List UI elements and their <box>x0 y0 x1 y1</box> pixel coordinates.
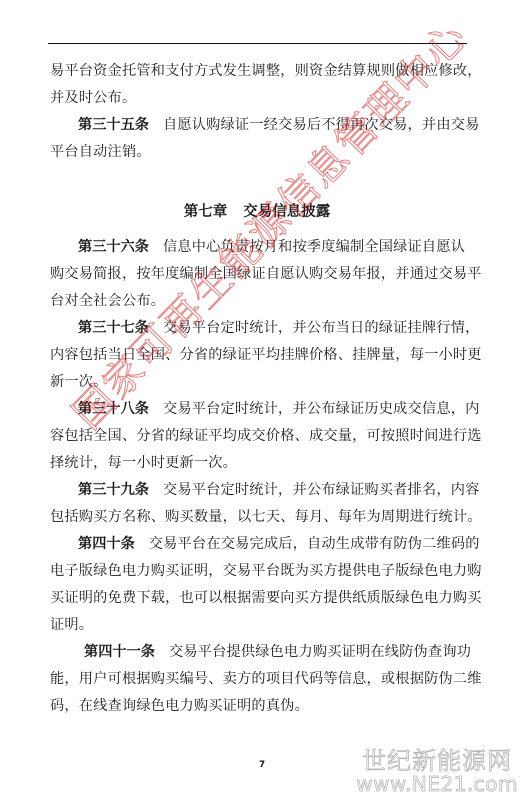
text-line: 电子版绿色电力购买证明，交易平台既为买方提供电子版绿色电力购 <box>50 558 464 585</box>
text-line: 并及时公布。 <box>50 85 464 112</box>
chapter-title: 交易信息披露 <box>243 204 330 220</box>
article-40: 第四十条交易平台在交易完成后，自动生成带有防伪二维码的 电子版绿色电力购买证明，… <box>50 531 464 639</box>
article-36: 第三十六条信息中心负责按月和按季度编制全国绿证自愿认 购交易简报，按年度编制全国… <box>50 234 464 315</box>
article-label: 第四十条 <box>78 536 135 552</box>
article-37: 第三十七条交易平台定时统计，并公布当日的绿证挂牌行情， 内容包括当日全国、分省的… <box>50 315 464 396</box>
article-text: 交易平台定时统计，并公布绿证购买者排名，内容 <box>163 482 480 498</box>
chapter-heading: 第七章交易信息披露 <box>50 199 464 226</box>
article-38: 第三十八条交易平台定时统计，并公布绿证历史成交信息，内 容包括全国、分省的绿证平… <box>50 396 464 477</box>
text-line: 平台自动注销。 <box>50 139 464 166</box>
article-label: 第三十九条 <box>78 482 149 498</box>
site-url: www.NE21.com <box>356 774 518 794</box>
article-text: 交易平台提供绿色电力购买证明在线防伪查询功 <box>169 644 471 660</box>
article-39: 第三十九条交易平台定时统计，并公布绿证购买者排名，内容 包括购买方名称、购买数量… <box>50 477 464 531</box>
article-label: 第三十五条 <box>78 117 149 133</box>
article-first-line: 第三十五条自愿认购绿证一经交易后不得再次交易，并由交易 <box>50 112 464 139</box>
article-label: 第四十一条 <box>84 644 155 660</box>
header-rule <box>48 43 467 44</box>
text-line: 买证明的免费下载，也可以根据需要向买方提供纸质版绿色电力购买 <box>50 585 464 612</box>
site-watermark: 世纪新能源网 www.NE21.com <box>356 748 518 794</box>
text-line: 内容包括当日全国、分省的绿证平均挂牌价格、挂牌量，每一小时更 <box>50 342 464 369</box>
text-line: 台对全社会公布。 <box>50 288 464 315</box>
text-line: 证明。 <box>50 612 464 639</box>
text-line: 能，用户可根据购买编号、卖方的项目代码等信息，或根据防伪二维 <box>50 666 464 693</box>
document-page: 易平台资金托管和支付方式发生调整，则资金结算规则做相应修改， 并及时公布。 第三… <box>50 58 464 720</box>
text-line: 新一次。 <box>50 369 464 396</box>
article-text: 自愿认购绿证一经交易后不得再次交易，并由交易 <box>163 117 480 133</box>
article-label: 第三十七条 <box>78 320 149 336</box>
article-first-line: 第四十条交易平台在交易完成后，自动生成带有防伪二维码的 <box>50 531 464 558</box>
article-41: 第四十一条交易平台提供绿色电力购买证明在线防伪查询功 能，用户可根据购买编号、卖… <box>50 639 464 720</box>
article-text: 交易平台定时统计，并公布绿证历史成交信息，内 <box>163 401 480 417</box>
text-line: 择统计，每一小时更新一次。 <box>50 450 464 477</box>
article-first-line: 第四十一条交易平台提供绿色电力购买证明在线防伪查询功 <box>50 639 464 666</box>
text-line: 易平台资金托管和支付方式发生调整，则资金结算规则做相应修改， <box>50 58 464 85</box>
article-text: 交易平台定时统计，并公布当日的绿证挂牌行情， <box>163 320 480 336</box>
text-line: 容包括全国、分省的绿证平均成交价格、成交量，可按照时间进行选 <box>50 423 464 450</box>
article-label: 第三十六条 <box>78 239 149 255</box>
article-first-line: 第三十六条信息中心负责按月和按季度编制全国绿证自愿认 <box>50 234 464 261</box>
text-line: 购交易简报，按年度编制全国绿证自愿认购交易年报，并通过交易平 <box>50 261 464 288</box>
page-number: 7 <box>0 760 524 770</box>
chapter-number: 第七章 <box>184 204 228 220</box>
article-first-line: 第三十九条交易平台定时统计，并公布绿证购买者排名，内容 <box>50 477 464 504</box>
article-label: 第三十八条 <box>78 401 149 417</box>
article-text: 交易平台在交易完成后，自动生成带有防伪二维码的 <box>149 536 480 552</box>
text-line: 码，在线查询绿色电力购买证明的真伪。 <box>50 693 464 720</box>
article-first-line: 第三十七条交易平台定时统计，并公布当日的绿证挂牌行情， <box>50 315 464 342</box>
article-35: 第三十五条自愿认购绿证一经交易后不得再次交易，并由交易 平台自动注销。 <box>50 112 464 166</box>
article-text: 信息中心负责按月和按季度编制全国绿证自愿认 <box>163 239 465 255</box>
text-line: 包括购买方名称、购买数量，以七天、每月、每年为周期进行统计。 <box>50 504 464 531</box>
continuation-paragraph: 易平台资金托管和支付方式发生调整，则资金结算规则做相应修改， 并及时公布。 <box>50 58 464 112</box>
article-first-line: 第三十八条交易平台定时统计，并公布绿证历史成交信息，内 <box>50 396 464 423</box>
